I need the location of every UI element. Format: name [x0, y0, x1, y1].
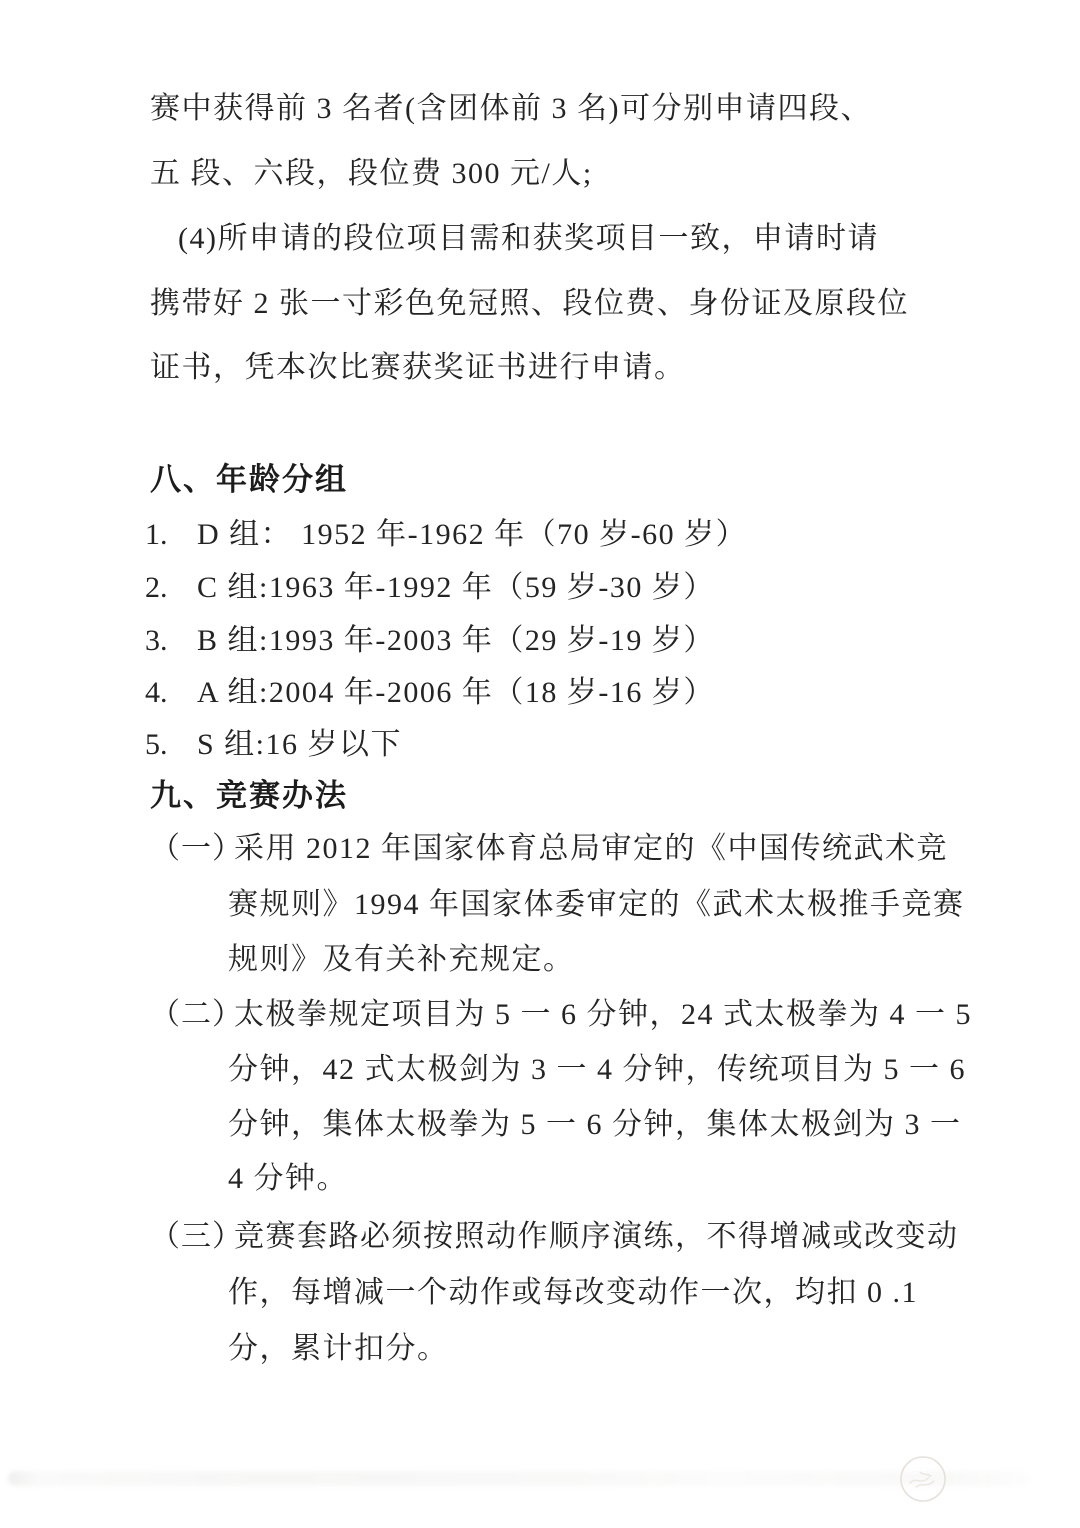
clause-line: 规则》及有关补充规定。 [228, 943, 575, 977]
section-heading-age-groups: 八、年龄分组 [150, 462, 348, 498]
clause-line: 分，累计扣分。 [228, 1332, 449, 1366]
list-item-text: C 组:1963 年-1992 年（59 岁-30 岁） [197, 571, 715, 604]
scan-shadow-band [8, 1471, 1030, 1486]
clause-line: （三）竞赛套路必须按照动作顺序演练，不得增减或改变动 [150, 1220, 959, 1254]
age-group-item: 5.S 组:16 岁以下 [145, 728, 402, 762]
faint-stamp-icon [896, 1452, 950, 1506]
paragraph-line: 携带好 2 张一寸彩色免冠照、段位费、身份证及原段位 [150, 287, 909, 321]
list-item-number: 1. [145, 518, 197, 552]
clause-line: （一）采用 2012 年国家体育总局审定的《中国传统武术竞 [150, 832, 948, 866]
paragraph-line: 五 段、六段，段位费 300 元/人; [150, 157, 593, 191]
paragraph-line: 证书，凭本次比赛获奖证书进行申请。 [150, 351, 686, 385]
list-item-text: A 组:2004 年-2006 年（18 岁-16 岁） [197, 676, 715, 709]
list-item-number: 4. [145, 676, 197, 710]
clause-text: 竞赛套路必须按照动作顺序演练，不得增减或改变动 [234, 1220, 959, 1253]
clause-line: 作，每增减一个动作或每改变动作一次，均扣 0 .1 [228, 1276, 918, 1310]
list-item-text: D 组： 1952 年-1962 年（70 岁-60 岁） [197, 518, 747, 551]
age-group-item: 2.C 组:1963 年-1992 年（59 岁-30 岁） [145, 571, 715, 605]
age-group-item: 1.D 组： 1952 年-1962 年（70 岁-60 岁） [145, 518, 747, 552]
list-item-number: 3. [145, 624, 197, 658]
clause-line: 分钟，集体太极拳为 5 一 6 分钟，集体太极剑为 3 一 [228, 1108, 962, 1142]
clause-text: 太极拳规定项目为 5 一 6 分钟，24 式太极拳为 4 一 5 [234, 998, 972, 1031]
clause-line: 分钟，42 式太极剑为 3 一 4 分钟，传统项目为 5 一 6 [228, 1053, 966, 1087]
clause-text: 采用 2012 年国家体育总局审定的《中国传统武术竞 [234, 832, 948, 865]
list-item-text: S 组:16 岁以下 [197, 728, 402, 761]
paragraph-line: (4)所申请的段位项目需和获奖项目一致，申请时请 [178, 222, 879, 256]
section-heading-competition-rules: 九、竞赛办法 [150, 778, 348, 814]
clause-marker: （三） [150, 1220, 234, 1254]
list-item-number: 2. [145, 571, 197, 605]
list-item-text: B 组:1993 年-2003 年（29 岁-19 岁） [197, 624, 715, 657]
clause-line: （二）太极拳规定项目为 5 一 6 分钟，24 式太极拳为 4 一 5 [150, 998, 972, 1032]
paragraph-line: 赛中获得前 3 名者(含团体前 3 名)可分别申请四段、 [150, 92, 872, 126]
clause-marker: （一） [150, 832, 234, 866]
list-item-number: 5. [145, 728, 197, 762]
clause-line: 赛规则》1994 年国家体委审定的《武术太极推手竞赛 [228, 888, 965, 922]
age-group-item: 3.B 组:1993 年-2003 年（29 岁-19 岁） [145, 624, 715, 658]
age-group-item: 4.A 组:2004 年-2006 年（18 岁-16 岁） [145, 676, 715, 710]
document-page: 赛中获得前 3 名者(含团体前 3 名)可分别申请四段、 五 段、六段，段位费 … [0, 0, 1080, 1528]
clause-line: 4 分钟。 [228, 1162, 348, 1196]
clause-marker: （二） [150, 998, 234, 1032]
